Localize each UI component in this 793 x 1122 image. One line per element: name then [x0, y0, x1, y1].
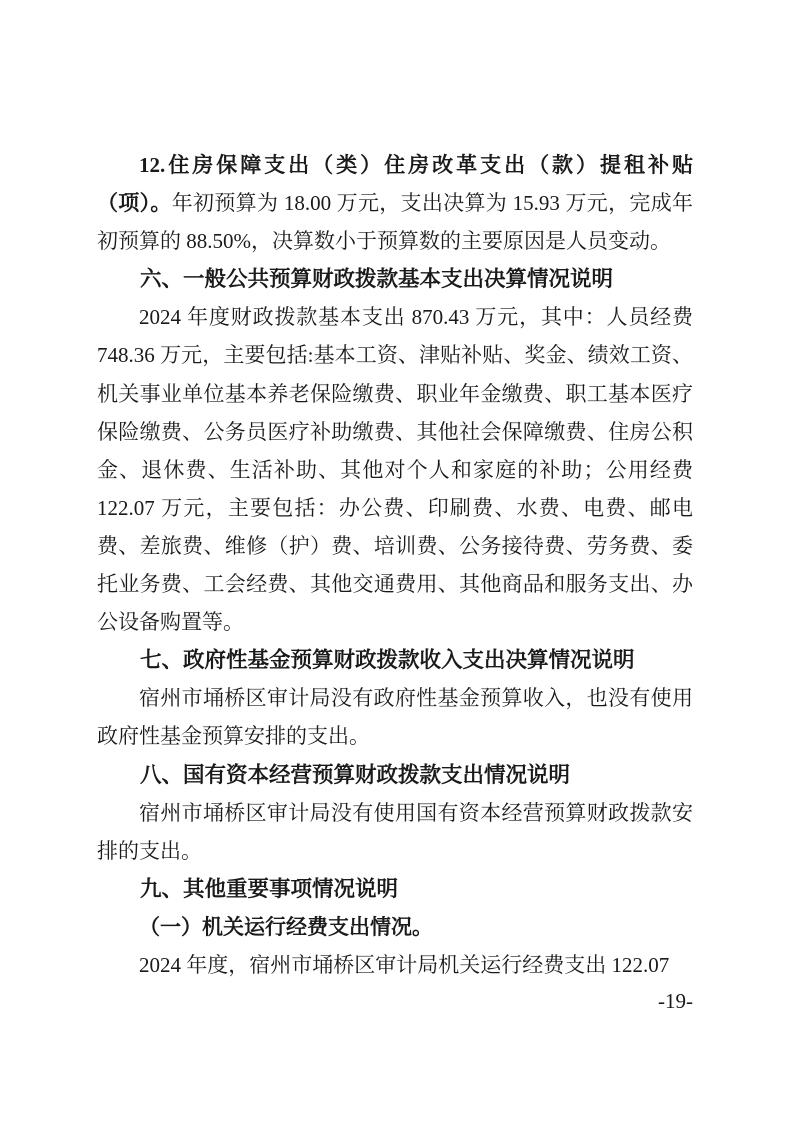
section-heading-7: 七、政府性基金预算财政拨款收入支出决算情况说明 [97, 641, 693, 679]
document-page: 12.住房保障支出（类）住房改革支出（款）提租补贴（项）。年初预算为 18.00… [0, 0, 793, 1122]
section-heading-6: 六、一般公共预算财政拨款基本支出决算情况说明 [97, 260, 693, 298]
subsection-9-1-body: 2024 年度，宿州市埇桥区审计局机关运行经费支出 122.07 [97, 946, 693, 984]
section-heading-8: 八、国有资本经营预算财政拨款支出情况说明 [97, 756, 693, 794]
subsection-heading-9-1: （一）机关运行经费支出情况。 [97, 908, 693, 946]
paragraph-item-12: 12.住房保障支出（类）住房改革支出（款）提租补贴（项）。年初预算为 18.00… [97, 146, 693, 260]
item-12-body-text: 年初预算为 18.00 万元，支出决算为 15.93 万元，完成年初预算的 88… [97, 191, 693, 253]
section-8-body: 宿州市埇桥区审计局没有使用国有资本经营预算财政拨款安排的支出。 [97, 794, 693, 870]
section-heading-9: 九、其他重要事项情况说明 [97, 870, 693, 908]
section-7-body: 宿州市埇桥区审计局没有政府性基金预算收入，也没有使用政府性基金预算安排的支出。 [97, 679, 693, 755]
page-number: -19- [658, 988, 693, 1014]
page-content: 12.住房保障支出（类）住房改革支出（款）提租补贴（项）。年初预算为 18.00… [97, 146, 693, 984]
section-6-body: 2024 年度财政拨款基本支出 870.43 万元，其中：人员经费 748.36… [97, 298, 693, 641]
